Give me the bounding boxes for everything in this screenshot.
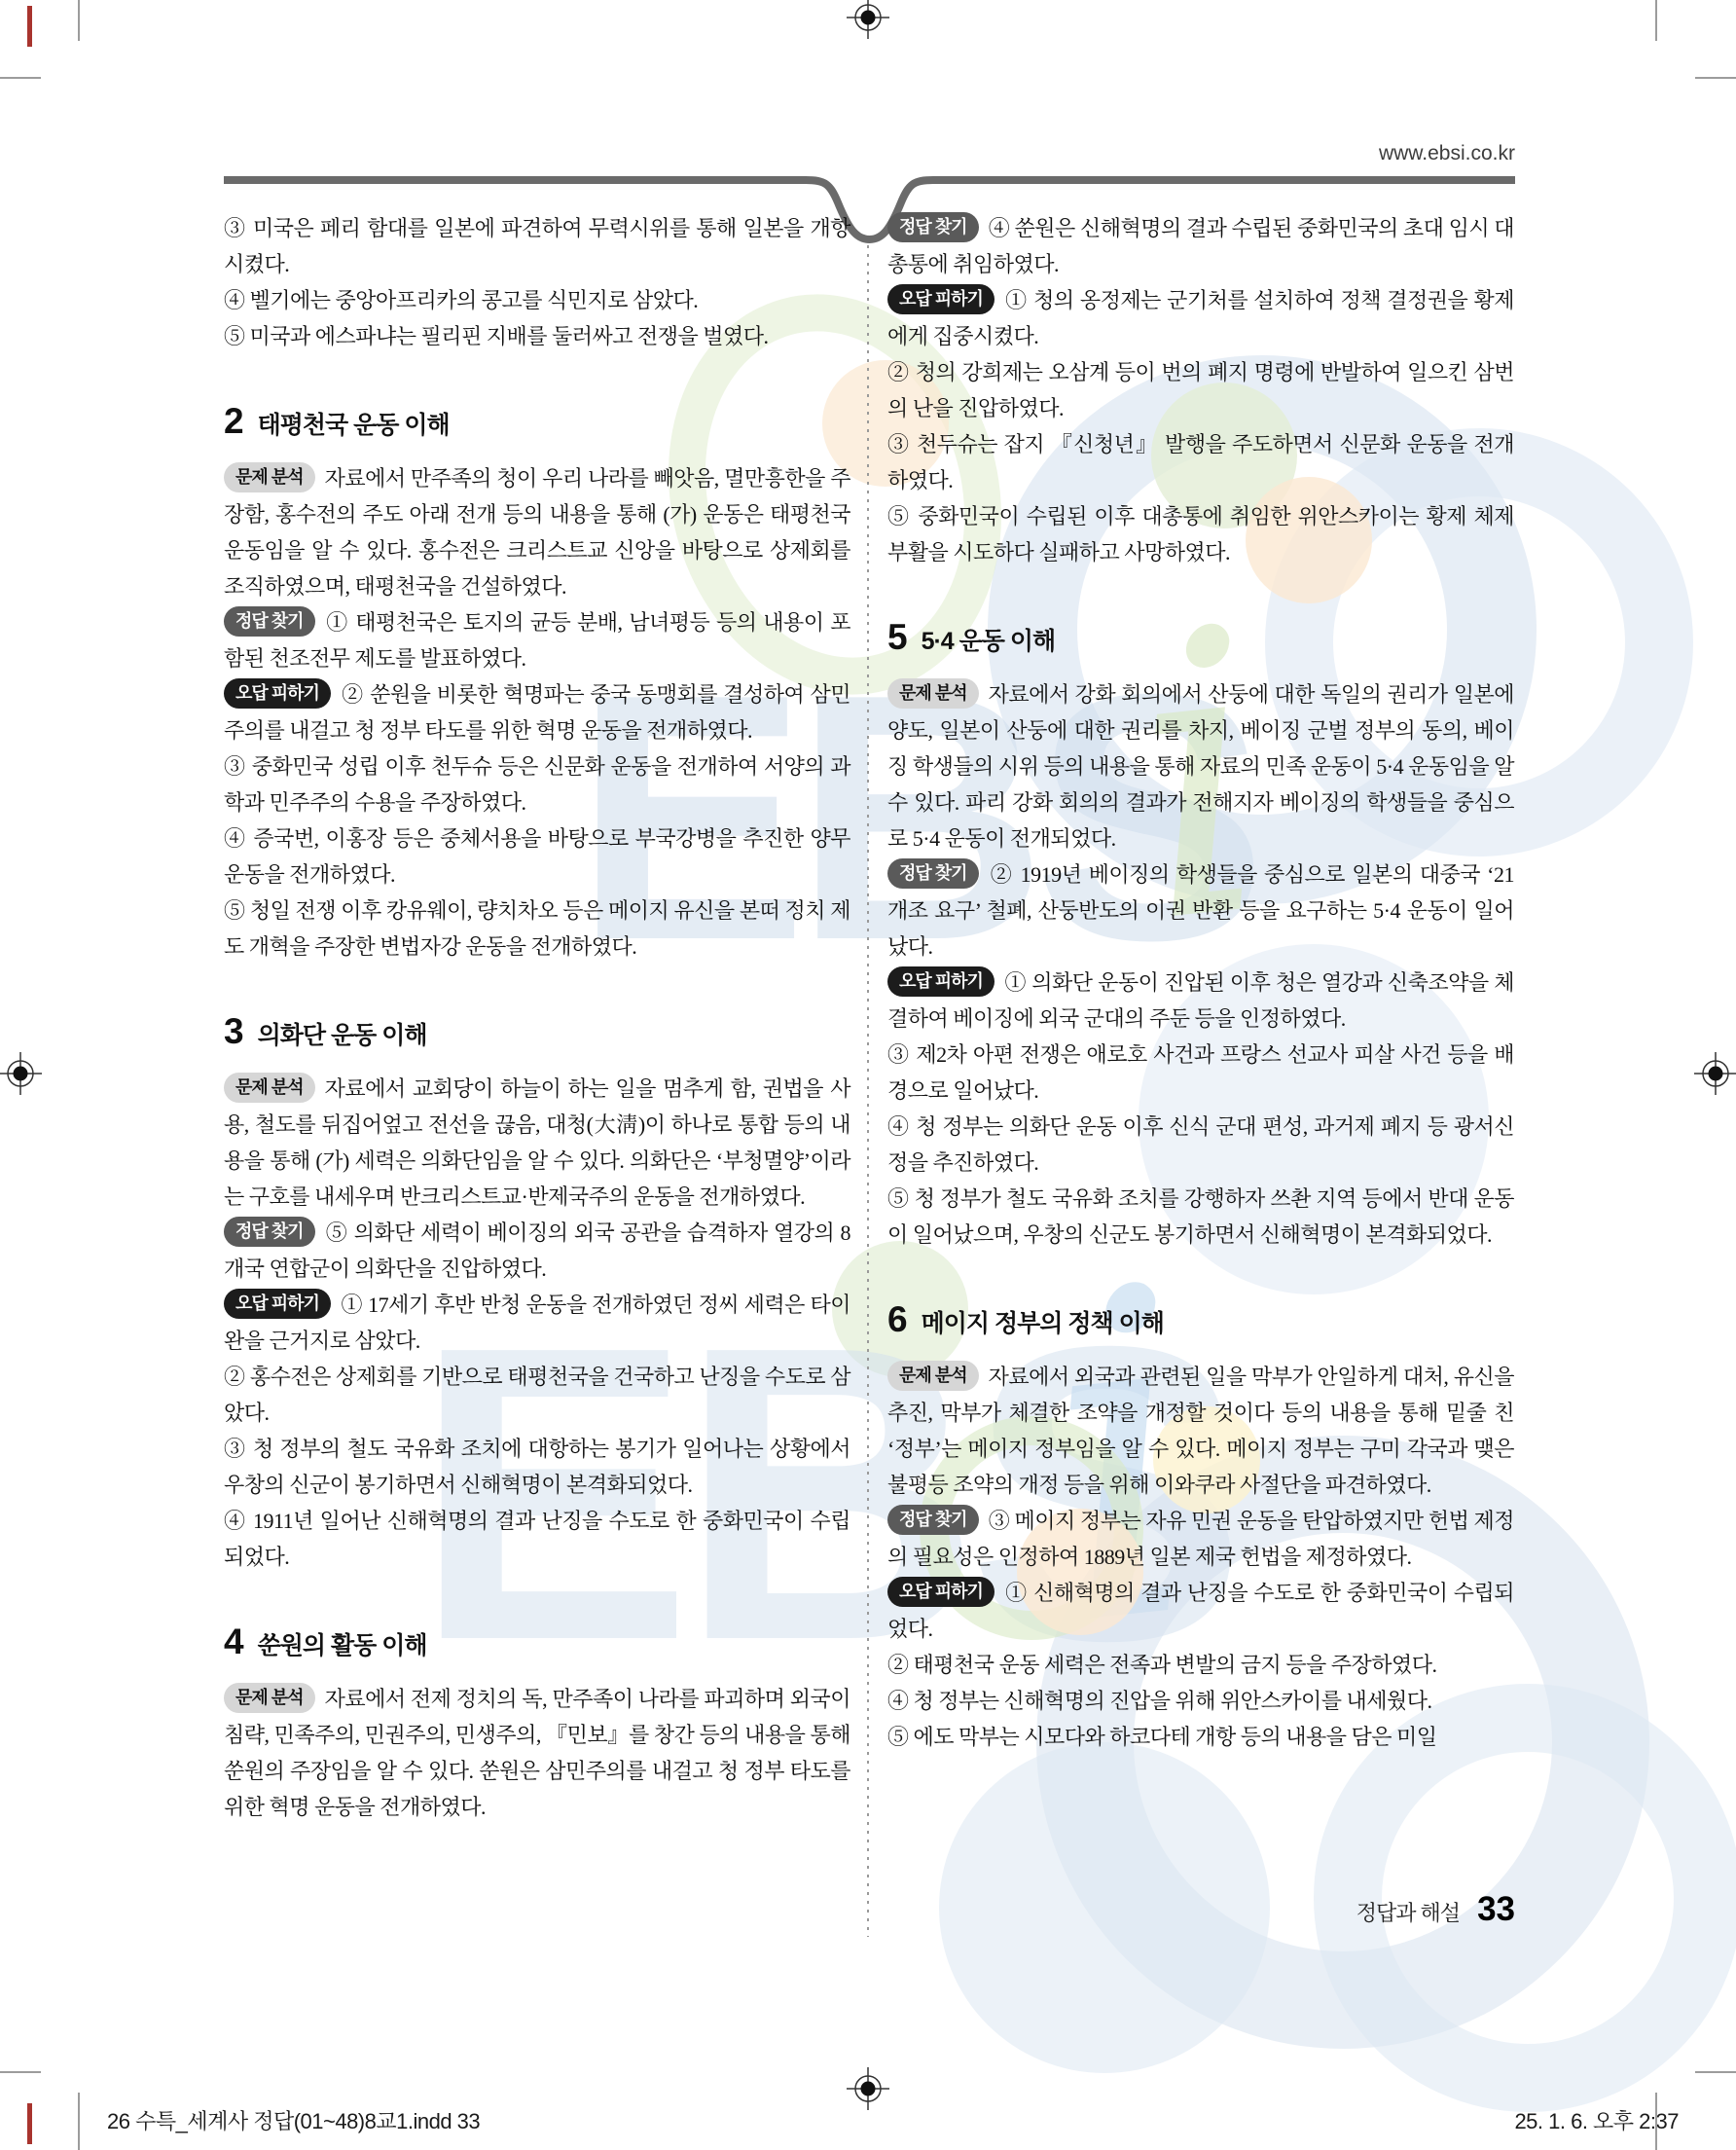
paragraph: 문제 분석자료에서 강화 회의에서 산둥에 대한 독일의 권리가 일본에 양도,…	[887, 676, 1514, 856]
paragraph: ② 홍수전은 상제회를 기반으로 태평천국을 건국하고 난징을 수도로 삼았다.	[224, 1359, 850, 1431]
section-heading: 4쑨원의 활동 이해	[224, 1623, 850, 1661]
paragraph: ③ 제2차 아편 전쟁은 애로호 사건과 프랑스 선교사 피살 사건 등을 배경…	[887, 1037, 1514, 1109]
paragraph: ③ 미국은 페리 함대를 일본에 파견하여 무력시위를 통해 일본을 개항시켰다…	[224, 210, 850, 282]
paragraph: ② 태평천국 운동 세력은 전족과 변발의 금지 등을 주장하였다.	[887, 1647, 1514, 1683]
section-number: 6	[887, 1301, 907, 1337]
badge-answer: 정답 찾기	[887, 858, 979, 889]
site-url: www.ebsi.co.kr	[1379, 142, 1515, 165]
section-number: 5	[887, 619, 907, 655]
section-number: 2	[224, 403, 243, 439]
paragraph-text: ④ 벨기에는 중앙아프리카의 콩고를 식민지로 삼았다.	[224, 288, 698, 312]
paragraph: ⑤ 청 정부가 철도 국유화 조치를 강행하자 쓰촨 지역 등에서 반대 운동이…	[887, 1181, 1514, 1253]
badge-answer: 정답 찾기	[224, 1217, 315, 1247]
paragraph-text: ④ 쑨원은 신해혁명의 결과 수립된 중화민국의 초대 임시 대총통에 취임하였…	[887, 216, 1514, 276]
badge-wrong: 오답 피하기	[224, 678, 331, 709]
badge-problem: 문제 분석	[224, 1683, 315, 1713]
badge-answer: 정답 찾기	[224, 606, 315, 637]
column-right: 정답 찾기④ 쑨원은 신해혁명의 결과 수립된 중화민국의 초대 임시 대총통에…	[887, 210, 1514, 1755]
section-continued: ③ 미국은 페리 함대를 일본에 파견하여 무력시위를 통해 일본을 개항시켰다…	[224, 210, 850, 354]
print-filename: 26 수특_세계사 정답(01~48)8교1.indd 33	[107, 2105, 480, 2135]
paragraph: 정답 찾기② 1919년 베이징의 학생들을 중심으로 일본의 대중국 ‘21개…	[887, 856, 1514, 965]
section-heading: 6메이지 정부의 정책 이해	[887, 1301, 1514, 1339]
section-number: 3	[224, 1013, 243, 1049]
paragraph: 문제 분석자료에서 외국과 관련된 일을 막부가 안일하게 대처, 유신을 추진…	[887, 1359, 1514, 1503]
page-number: 33	[1477, 1890, 1515, 1929]
badge-problem: 문제 분석	[224, 1073, 315, 1103]
column-divider	[867, 245, 869, 1937]
paragraph: ⑤ 중화민국이 수립된 이후 대총통에 취임한 위안스카이는 황제 체제 부활을…	[887, 498, 1514, 570]
paragraph: ④ 증국번, 이홍장 등은 중체서용을 바탕으로 부국강병을 추진한 양무운동을…	[224, 820, 850, 893]
section-6: 6메이지 정부의 정책 이해문제 분석자료에서 외국과 관련된 일을 막부가 안…	[887, 1301, 1514, 1755]
paragraph: ④ 벨기에는 중앙아프리카의 콩고를 식민지로 삼았다.	[224, 282, 850, 318]
paragraph: ⑤ 미국과 에스파냐는 필리핀 지배를 둘러싸고 전쟁을 벌였다.	[224, 318, 850, 354]
badge-answer: 정답 찾기	[887, 212, 979, 242]
section-number: 4	[224, 1623, 243, 1659]
paragraph-text: ③ 중화민국 성립 이후 천두슈 등은 신문화 운동을 전개하여 서양의 과학과…	[224, 754, 850, 815]
paragraph-text: ④ 증국번, 이홍장 등은 중체서용을 바탕으로 부국강병을 추진한 양무운동을…	[224, 826, 850, 887]
paragraph-text: ③ 천두슈는 잡지 『신청년』 발행을 주도하면서 신문화 운동을 전개하였다.	[887, 432, 1514, 492]
section-title: 5·4 운동 이해	[922, 622, 1056, 657]
paragraph-text: ⑤ 미국과 에스파냐는 필리핀 지배를 둘러싸고 전쟁을 벌였다.	[224, 324, 769, 348]
section-5: 55·4 운동 이해문제 분석자료에서 강화 회의에서 산둥에 대한 독일의 권…	[887, 619, 1514, 1253]
registration-mark	[0, 1050, 44, 1097]
paragraph-text: ① 태평천국은 토지의 균등 분배, 남녀평등 등의 내용이 포함된 천조전무 …	[224, 610, 850, 671]
crop-mark	[0, 2071, 41, 2073]
paragraph-text: ② 태평천국 운동 세력은 전족과 변발의 금지 등을 주장하였다.	[887, 1653, 1437, 1677]
paragraph-text: ③ 제2차 아편 전쟁은 애로호 사건과 프랑스 선교사 피살 사건 등을 배경…	[887, 1042, 1514, 1103]
footer-label: 정답과 해설	[1356, 1897, 1460, 1927]
section-continued: 정답 찾기④ 쑨원은 신해혁명의 결과 수립된 중화민국의 초대 임시 대총통에…	[887, 210, 1514, 570]
paragraph-text: 자료에서 만주족의 청이 우리 나라를 빼앗음, 멸만흥한을 주장함, 홍수전의…	[224, 466, 850, 599]
paragraph: ③ 중화민국 성립 이후 천두슈 등은 신문화 운동을 전개하여 서양의 과학과…	[224, 748, 850, 820]
paragraph-text: ⑤ 중화민국이 수립된 이후 대총통에 취임한 위안스카이는 황제 체제 부활을…	[887, 504, 1514, 565]
paragraph: 문제 분석자료에서 교회당이 하늘이 하는 일을 멈추게 함, 권법을 사용, …	[224, 1071, 850, 1215]
crop-mark	[0, 77, 41, 79]
page-footer: 정답과 해설 33	[1356, 1890, 1515, 1929]
paragraph-text: ⑤ 청 정부가 철도 국유화 조치를 강행하자 쓰촨 지역 등에서 반대 운동이…	[887, 1186, 1514, 1247]
badge-problem: 문제 분석	[887, 678, 979, 709]
badge-wrong: 오답 피하기	[887, 966, 995, 997]
print-timestamp: 25. 1. 6. 오후 2:37	[1514, 2105, 1679, 2135]
paragraph: 정답 찾기① 태평천국은 토지의 균등 분배, 남녀평등 등의 내용이 포함된 …	[224, 604, 850, 676]
section-4: 4쑨원의 활동 이해문제 분석자료에서 전제 정치의 독, 만주족이 나라를 파…	[224, 1623, 850, 1825]
paragraph: ③ 천두슈는 잡지 『신청년』 발행을 주도하면서 신문화 운동을 전개하였다.	[887, 426, 1514, 498]
paragraph: ④ 1911년 일어난 신해혁명의 결과 난징을 수도로 한 중화민국이 수립되…	[224, 1503, 850, 1575]
section-heading: 2태평천국 운동 이해	[224, 403, 850, 441]
badge-wrong: 오답 피하기	[224, 1289, 331, 1319]
paragraph-text: ④ 1911년 일어난 신해혁명의 결과 난징을 수도로 한 중화민국이 수립되…	[224, 1509, 850, 1569]
badge-problem: 문제 분석	[224, 462, 315, 492]
paragraph-text: 자료에서 전제 정치의 독, 만주족이 나라를 파괴하며 외국이 침략, 민족주…	[224, 1687, 850, 1819]
registration-mark	[845, 2065, 891, 2112]
paragraph: ③ 청 정부의 철도 국유화 조치에 대항하는 봉기가 일어나는 상황에서 우창…	[224, 1431, 850, 1503]
section-title: 태평천국 운동 이해	[258, 406, 450, 441]
paragraph: ② 청의 강희제는 오삼계 등이 번의 폐지 명령에 반발하여 일으킨 삼번의 …	[887, 354, 1514, 426]
badge-wrong: 오답 피하기	[887, 284, 995, 314]
section-title: 메이지 정부의 정책 이해	[922, 1304, 1164, 1339]
section-heading: 55·4 운동 이해	[887, 619, 1514, 657]
paragraph: 문제 분석자료에서 만주족의 청이 우리 나라를 빼앗음, 멸만흥한을 주장함,…	[224, 460, 850, 604]
paragraph: ④ 청 정부는 의화단 운동 이후 신식 군대 편성, 과거제 폐지 등 광서신…	[887, 1109, 1514, 1181]
paragraph: 오답 피하기① 의화단 운동이 진압된 이후 청은 열강과 신축조약을 체결하여…	[887, 965, 1514, 1037]
section-title: 쑨원의 활동 이해	[258, 1626, 427, 1661]
paragraph-text: 자료에서 외국과 관련된 일을 막부가 안일하게 대처, 유신을 추진, 막부가…	[887, 1365, 1514, 1497]
paragraph: ⑤ 청일 전쟁 이후 캉유웨이, 량치차오 등은 메이지 유신을 본떠 정치 제…	[224, 893, 850, 965]
paragraph-text: 자료에서 강화 회의에서 산둥에 대한 독일의 권리가 일본에 양도, 일본이 …	[887, 682, 1514, 851]
paragraph: 정답 찾기③ 메이지 정부는 자유 민권 운동을 탄압하였지만 헌법 제정의 필…	[887, 1503, 1514, 1575]
paragraph: 정답 찾기⑤ 의화단 세력이 베이징의 외국 공관을 습격하자 열강의 8개국 …	[224, 1215, 850, 1287]
crop-mark	[1655, 0, 1657, 41]
paragraph-text: ③ 미국은 페리 함대를 일본에 파견하여 무력시위를 통해 일본을 개항시켰다…	[224, 216, 850, 276]
paragraph-text: ② 1919년 베이징의 학생들을 중심으로 일본의 대중국 ‘21개조 요구’…	[887, 862, 1514, 959]
paragraph-text: 자료에서 교회당이 하늘이 하는 일을 멈추게 함, 권법을 사용, 철도를 뒤…	[224, 1076, 850, 1209]
paragraph-text: ⑤ 에도 막부는 시모다와 하코다테 개항 등의 내용을 담은 미일	[887, 1725, 1437, 1749]
registration-mark	[1692, 1050, 1736, 1097]
answer-key-page: EBS i EBS i www.ebsi.co.kr ③ 미국은 페리 함대를 …	[0, 0, 1736, 2150]
crop-mark	[78, 0, 80, 41]
paragraph-text: ③ 청 정부의 철도 국유화 조치에 대항하는 봉기가 일어나는 상황에서 우창…	[224, 1437, 850, 1497]
badge-problem: 문제 분석	[887, 1361, 979, 1391]
paragraph-text: ⑤ 의화단 세력이 베이징의 외국 공관을 습격하자 열강의 8개국 연합군이 …	[224, 1221, 850, 1281]
crop-mark	[1695, 77, 1736, 79]
badge-wrong: 오답 피하기	[887, 1577, 995, 1607]
paragraph: 오답 피하기① 신해혁명의 결과 난징을 수도로 한 중화민국이 수립되었다.	[887, 1575, 1514, 1647]
paragraph: ⑤ 에도 막부는 시모다와 하코다테 개항 등의 내용을 담은 미일	[887, 1719, 1514, 1755]
paragraph: 오답 피하기① 17세기 후반 반청 운동을 전개하였던 정씨 세력은 타이완을…	[224, 1287, 850, 1359]
registration-mark	[845, 0, 891, 41]
paragraph-text: ④ 청 정부는 의화단 운동 이후 신식 군대 편성, 과거제 폐지 등 광서신…	[887, 1114, 1514, 1175]
paragraph-text: ④ 청 정부는 신해혁명의 진압을 위해 위안스카이를 내세웠다.	[887, 1689, 1432, 1713]
section-2: 2태평천국 운동 이해문제 분석자료에서 만주족의 청이 우리 나라를 빼앗음,…	[224, 403, 850, 965]
crop-mark	[78, 2093, 80, 2150]
section-3: 3의화단 운동 이해문제 분석자료에서 교회당이 하늘이 하는 일을 멈추게 함…	[224, 1013, 850, 1575]
paragraph-text: ② 청의 강희제는 오삼계 등이 번의 폐지 명령에 반발하여 일으킨 삼번의 …	[887, 360, 1514, 420]
badge-answer: 정답 찾기	[887, 1505, 979, 1535]
paragraph-text: ⑤ 청일 전쟁 이후 캉유웨이, 량치차오 등은 메이지 유신을 본떠 정치 제…	[224, 898, 850, 959]
column-left: ③ 미국은 페리 함대를 일본에 파견하여 무력시위를 통해 일본을 개항시켰다…	[224, 210, 850, 1825]
paragraph: ④ 청 정부는 신해혁명의 진압을 위해 위안스카이를 내세웠다.	[887, 1683, 1514, 1719]
red-edge-mark	[27, 6, 32, 47]
paragraph: 문제 분석자료에서 전제 정치의 독, 만주족이 나라를 파괴하며 외국이 침략…	[224, 1681, 850, 1825]
crop-mark	[1655, 2093, 1657, 2150]
watermark-dome-blue	[939, 1742, 1270, 2073]
paragraph: 오답 피하기② 쑨원을 비롯한 혁명파는 중국 동맹회를 결성하여 삼민주의를 …	[224, 676, 850, 748]
section-heading: 3의화단 운동 이해	[224, 1013, 850, 1051]
paragraph: 정답 찾기④ 쑨원은 신해혁명의 결과 수립된 중화민국의 초대 임시 대총통에…	[887, 210, 1514, 282]
paragraph-text: ② 홍수전은 상제회를 기반으로 태평천국을 건국하고 난징을 수도로 삼았다.	[224, 1365, 850, 1425]
paragraph: 오답 피하기① 청의 옹정제는 군기처를 설치하여 정책 결정권을 황제에게 집…	[887, 282, 1514, 354]
red-edge-mark	[27, 2103, 32, 2144]
section-title: 의화단 운동 이해	[258, 1016, 427, 1051]
crop-mark	[1695, 2071, 1736, 2073]
paragraph-text: ③ 메이지 정부는 자유 민권 운동을 탄압하였지만 헌법 제정의 필요성은 인…	[887, 1509, 1514, 1569]
